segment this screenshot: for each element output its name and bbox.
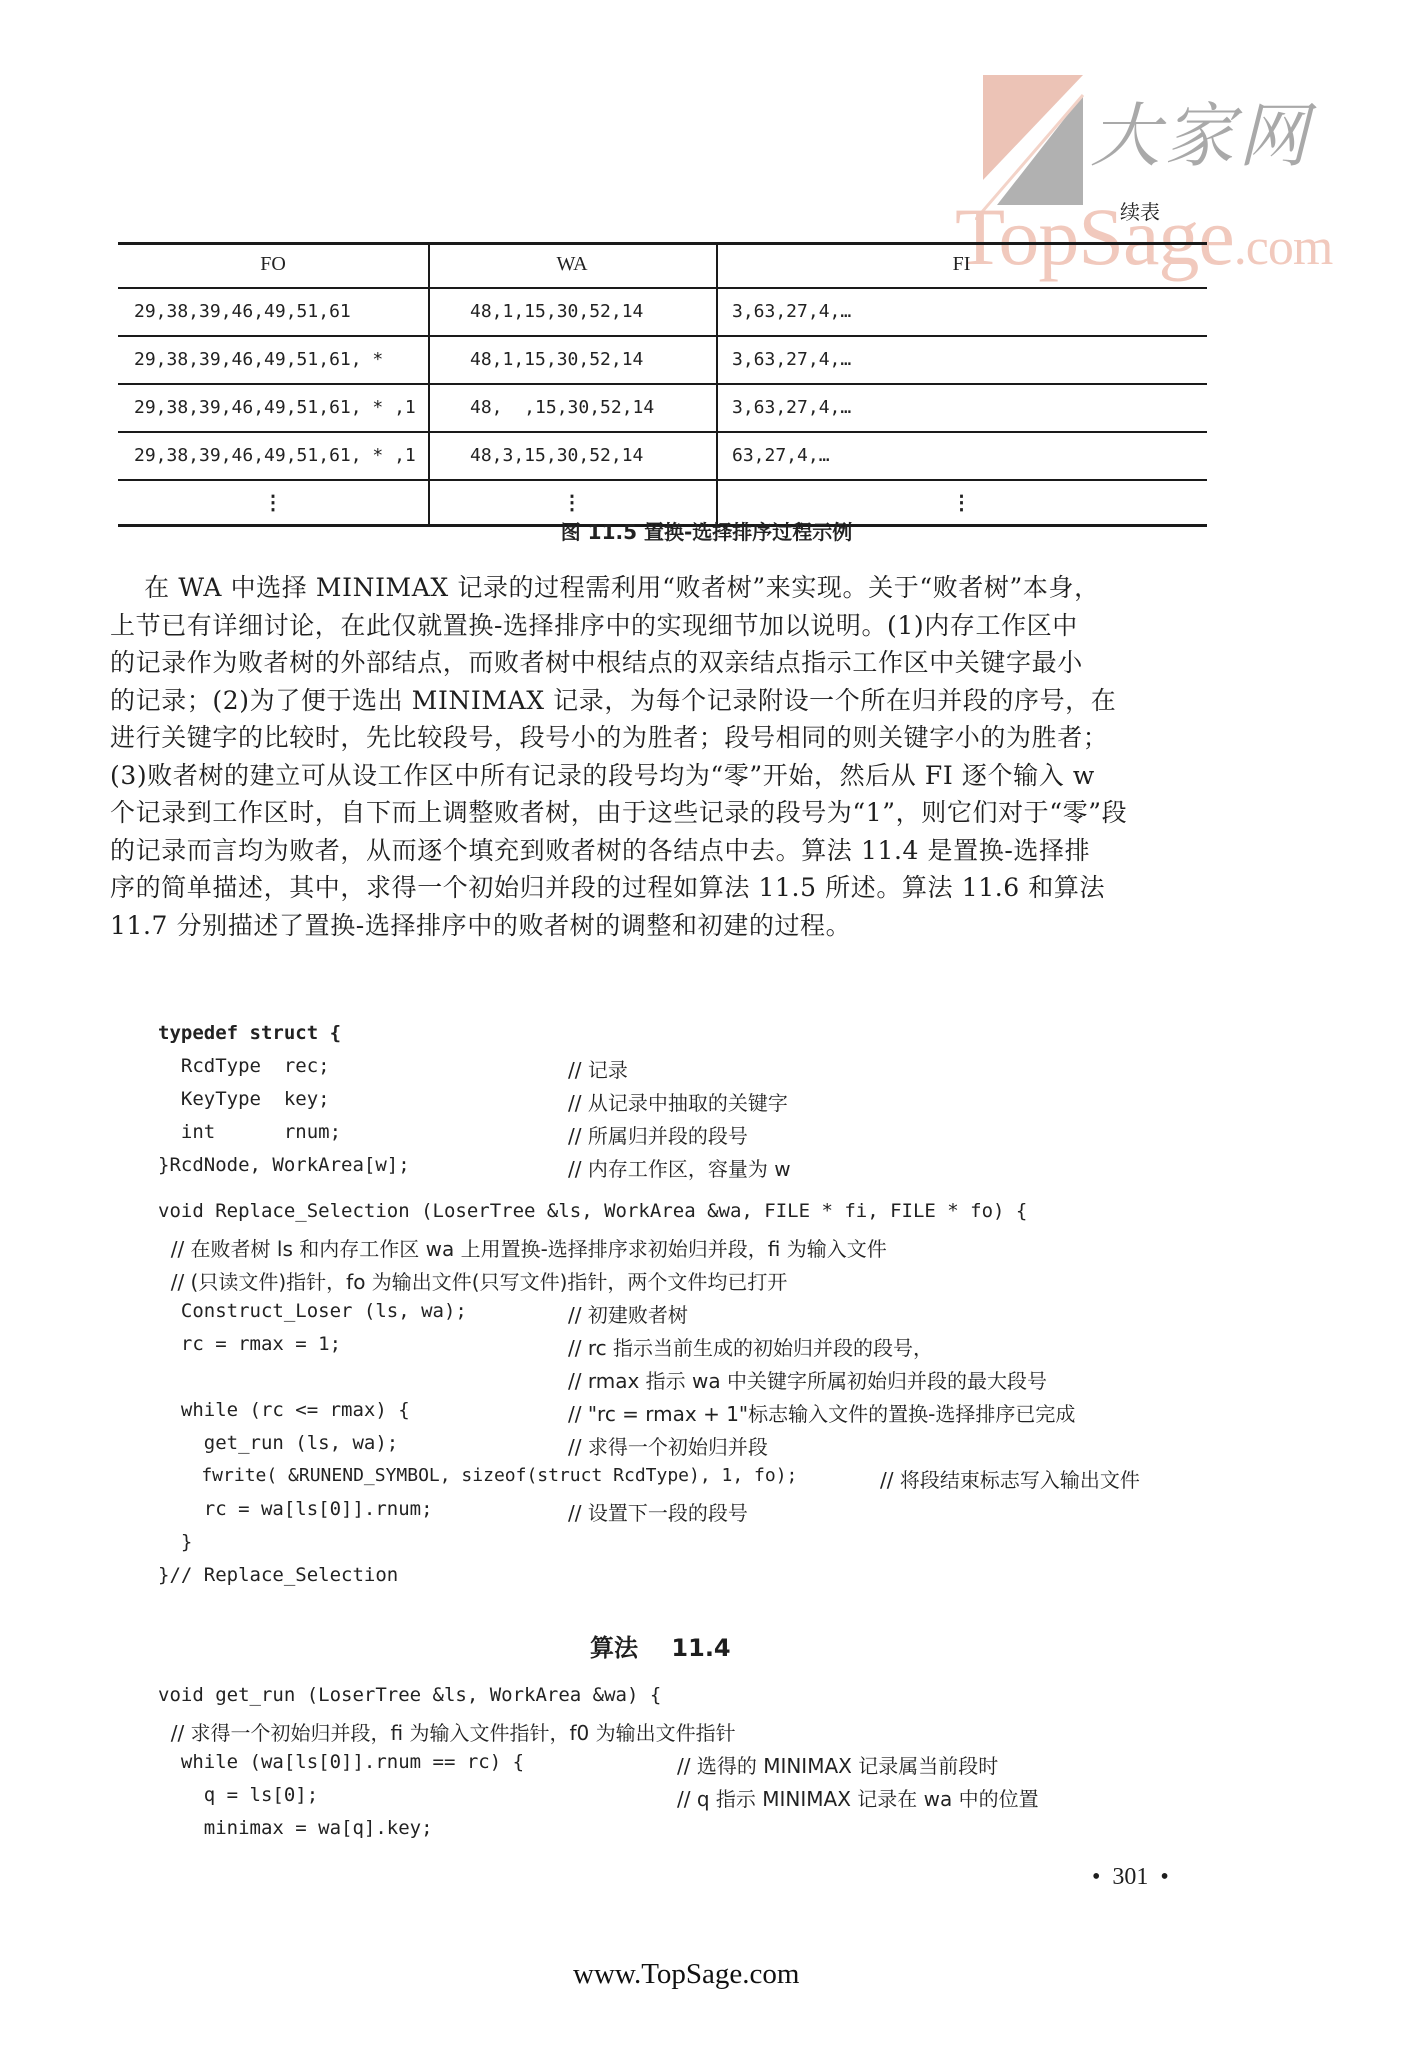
code-line: typedef struct { [158, 1022, 341, 1044]
code-comment: // rmax 指示 wa 中关键字所属初始归并段的最大段号 [568, 1365, 1047, 1394]
paragraph-line: 个记录到工作区时，自下而上调整败者树，由于这些记录的段号为“1”，则它们对于“零… [110, 793, 1127, 829]
table-cell: 29,38,39,46,49,51,61, * [134, 349, 383, 370]
page-number: • 301 • [1092, 1864, 1169, 1891]
table-cell: 48, ,15,30,52,14 [470, 397, 654, 418]
code-comment: // (只读文件)指针，fo 为输出文件(只写文件)指针，两个文件均已打开 [158, 1266, 787, 1295]
paragraph-line: 的记录；(2)为了便于选出 MINIMAX 记录，为每个记录附设一个所在归并段的… [110, 681, 1116, 717]
code-comment: // 设置下一段的段号 [568, 1497, 748, 1526]
table-cell: 29,38,39,46,49,51,61, * ,1 [134, 445, 416, 466]
table-header-fo: FO [118, 253, 428, 276]
code-line: }// Replace_Selection [158, 1564, 398, 1586]
code-comment: // 内存工作区，容量为 w [568, 1153, 791, 1182]
table-top-rule [118, 242, 1207, 245]
table-cell: 29,38,39,46,49,51,61 [134, 301, 351, 322]
paragraph-line: 11.7 分别描述了置换-选择排序中的败者树的调整和初建的过程。 [110, 906, 851, 942]
code-comment: // 初建败者树 [568, 1299, 688, 1328]
code-line: KeyType key; [158, 1088, 330, 1110]
paragraph-line: 序的简单描述，其中，求得一个初始归并段的过程如算法 11.5 所述。算法 11.… [110, 868, 1105, 904]
code-line: while (rc <= rmax) { [158, 1399, 410, 1421]
watermark-logo-cn: 大家网 [1090, 80, 1312, 181]
paragraph-line: (3)败者树的建立可从设工作区中所有记录的段号均为“零”开始，然后从 FI 逐个… [110, 756, 1095, 792]
vertical-ellipsis-icon: ⋮ [118, 492, 428, 512]
code-line: rc = rmax = 1; [158, 1333, 341, 1355]
code-line: void get_run (LoserTree &ls, WorkArea &w… [158, 1684, 661, 1706]
paragraph-line: 上节已有详细讨论，在此仅就置换-选择排序中的实现细节加以说明。(1)内存工作区中 [110, 606, 1078, 642]
code-comment: // 在败者树 ls 和内存工作区 wa 上用置换-选择排序求初始归并段，fi … [158, 1233, 887, 1262]
code-comment: // "rc = rmax + 1"标志输入文件的置换-选择排序已完成 [568, 1398, 1075, 1427]
code-line: Construct_Loser (ls, wa); [158, 1300, 467, 1322]
code-line: } [158, 1531, 192, 1553]
table-cell: 48,1,15,30,52,14 [470, 349, 643, 370]
code-comment: // 将段结束标志写入输出文件 [880, 1464, 1140, 1493]
table-header-wa: WA [428, 253, 716, 276]
vertical-ellipsis-icon: ⋮ [428, 492, 716, 512]
code-line: while (wa[ls[0]].rnum == rc) { [158, 1751, 524, 1773]
paragraph-line: 进行关键字的比较时，先比较段号，段号小的为胜者；段号相同的则关键字小的为胜者； [110, 718, 1108, 754]
code-comment: // 从记录中抽取的关键字 [568, 1087, 788, 1116]
code-comment: // q 指示 MINIMAX 记录在 wa 中的位置 [677, 1783, 1039, 1812]
table-row-rule [118, 383, 1207, 385]
code-line: void Replace_Selection (LoserTree &ls, W… [158, 1200, 1027, 1222]
paragraph-line: 在 WA 中选择 MINIMAX 记录的过程需利用“败者树”来实现。关于“败者树… [110, 568, 1100, 604]
table-cell: 3,63,27,4,… [732, 349, 851, 370]
footer-url-link[interactable]: www.TopSage.com [573, 1958, 799, 1991]
watermark-domain: .com [1234, 219, 1333, 276]
code-comment: // 选得的 MINIMAX 记录属当前段时 [677, 1750, 998, 1779]
code-comment: // 求得一个初始归并段 [568, 1431, 768, 1460]
table-header-rule [118, 287, 1207, 289]
algorithm-title: 算法 11.4 [590, 1628, 731, 1663]
code-comment: // 求得一个初始归并段，fi 为输入文件指针，f0 为输出文件指针 [158, 1717, 736, 1746]
code-line: int rnum; [158, 1121, 341, 1143]
paragraph-line: 的记录而言均为败者，从而逐个填充到败者树的各结点中去。算法 11.4 是置换-选… [110, 831, 1090, 867]
table-col-divider [428, 242, 430, 526]
code-line: }RcdNode, WorkArea[w]; [158, 1154, 410, 1176]
figure-caption: 图 11.5 置换-选择排序过程示例 [0, 516, 1413, 545]
table-col-divider [716, 242, 718, 526]
table-cell: 48,3,15,30,52,14 [470, 445, 643, 466]
table-cell: 3,63,27,4,… [732, 397, 851, 418]
table-cell: 29,38,39,46,49,51,61, * ,1 [134, 397, 416, 418]
code-line: get_run (ls, wa); [158, 1432, 398, 1454]
table-cell: 3,63,27,4,… [732, 301, 851, 322]
code-line: fwrite( &RUNEND_SYMBOL, sizeof(struct Rc… [158, 1465, 797, 1486]
vertical-ellipsis-icon: ⋮ [716, 492, 1207, 512]
code-line: q = ls[0]; [158, 1784, 318, 1806]
code-line: minimax = wa[q].key; [158, 1817, 433, 1839]
table-cell: 63,27,4,… [732, 445, 830, 466]
code-comment: // rc 指示当前生成的初始归并段的段号， [568, 1332, 933, 1361]
table-row-rule [118, 479, 1207, 481]
table-header-fi: FI [716, 253, 1207, 276]
table-row-rule [118, 335, 1207, 337]
code-line: RcdType rec; [158, 1055, 330, 1077]
table-row-rule [118, 431, 1207, 433]
code-comment: // 记录 [568, 1054, 628, 1083]
code-comment: // 所属归并段的段号 [568, 1120, 748, 1149]
table-cell: 48,1,15,30,52,14 [470, 301, 643, 322]
code-line: rc = wa[ls[0]].rnum; [158, 1498, 433, 1520]
continued-table-label: 续表 [1120, 196, 1160, 225]
paragraph-line: 的记录作为败者树的外部结点，而败者树中根结点的双亲结点指示工作区中关键字最小 [110, 643, 1083, 679]
